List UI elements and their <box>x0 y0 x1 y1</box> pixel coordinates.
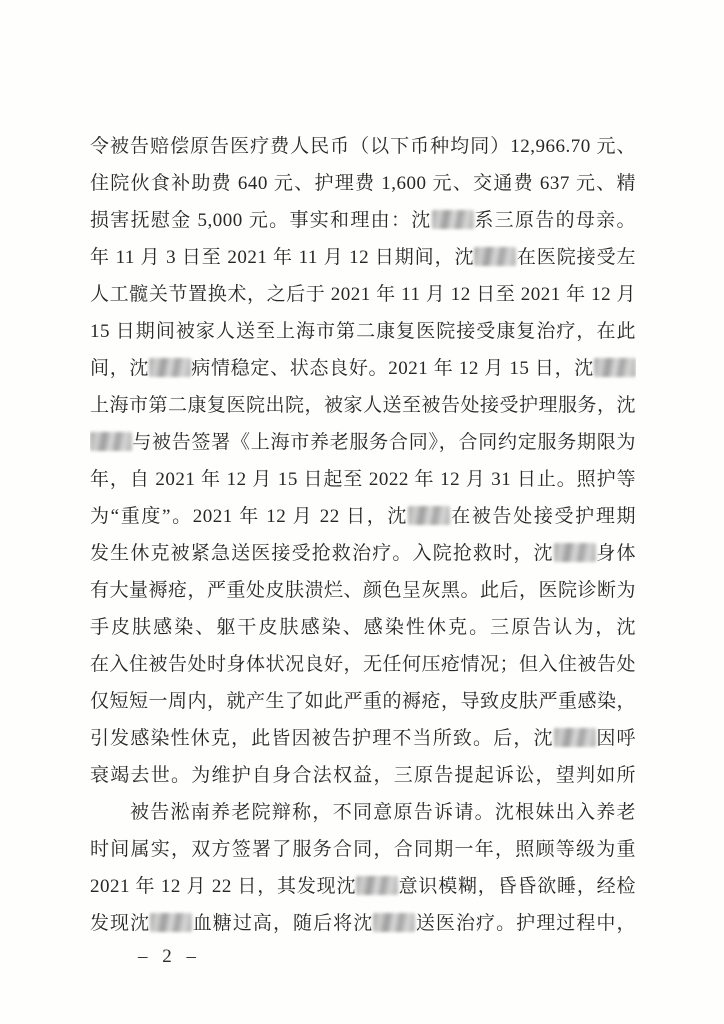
text-segment: 上海市第二康复医院出院，被家人送至被告处接受护理服务，沈 <box>90 395 636 416</box>
text-segment: 与被告签署《上海市养老服务合同》，合同约定服务期限为 1 <box>90 432 636 461</box>
text-line: 2021 年 12 月 22 日，其发现沈意识模糊，昏昏欲睡，经检测 <box>90 868 636 905</box>
text-segment: 仅短短一周内，就产生了如此严重的褥疮，导致皮肤严重感染， <box>90 691 636 712</box>
text-line: 与被告签署《上海市养老服务合同》，合同约定服务期限为 1 <box>90 424 636 461</box>
text-segment: 2021 年 12 月 22 日，其发现沈 <box>90 876 356 897</box>
text-segment: 人工髋关节置换术，之后于 2021 年 11 月 12 日至 2021 年 12… <box>90 284 636 305</box>
text-line: 损害抚慰金 5,000 元。事实和理由：沈系三原告的母亲。2021 <box>90 202 636 239</box>
text-line: 手皮肤感染、躯干皮肤感染、感染性休克。三原告认为，沈 <box>90 609 636 646</box>
text-line: 15 日期间被家人送至上海市第二康复医院接受康复治疗，在此期 <box>90 313 636 350</box>
page-number: – 2 – <box>138 946 201 967</box>
page-footer: – 2 – <box>138 946 201 968</box>
text-segment: 在入住被告处时身体状况良好，无任何压疮情况；但入住被告处 <box>90 654 636 675</box>
text-line: 人工髋关节置换术，之后于 2021 年 11 月 12 日至 2021 年 12… <box>90 276 636 313</box>
text-line: 住院伙食补助费 640 元、护理费 1,600 元、交通费 637 元、精神 <box>90 165 636 202</box>
text-segment: 有大量褥疮，严重处皮肤溃烂、颜色呈灰黑。此后，医院诊断为 <box>90 580 636 601</box>
text-line: 令被告赔偿原告医疗费人民币（以下币种均同）12,966.70 元、 <box>90 128 636 165</box>
text-segment: 被告淞南养老院辩称，不同意原告诉请。沈根妹出入养老院 <box>130 802 636 831</box>
text-line: 上海市第二康复医院出院，被家人送至被告处接受护理服务，沈 <box>90 387 636 424</box>
redacted-name <box>356 876 398 895</box>
text-line: 引发感染性休克，此皆因被告护理不当所致。后，沈因呼吸 <box>90 720 636 757</box>
text-line: 衰竭去世。为维护自身合法权益，三原告提起诉讼，望判如所请。 <box>90 757 636 794</box>
text-segment: 令被告赔偿原告医疗费人民币（以下币种均同）12,966.70 元、 <box>90 136 636 157</box>
text-segment: 病情稳定、状态良好。2021 年 12 月 15 日，沈 <box>191 358 594 379</box>
text-segment: 间，沈 <box>90 358 149 379</box>
redacted-name <box>554 543 596 562</box>
redacted-name <box>149 358 191 377</box>
redacted-name <box>474 247 516 266</box>
text-segment: 15 日期间被家人送至上海市第二康复医院接受康复治疗，在此期 <box>90 321 636 350</box>
text-segment: 衰竭去世。为维护自身合法权益，三原告提起诉讼，望判如所请。 <box>90 765 636 794</box>
text-segment: 发生休克被紧急送医接受抢救治疗。入院抢救时，沈 <box>90 543 554 564</box>
text-segment: 为“重度”。2021 年 12 月 22 日，沈 <box>90 506 408 527</box>
text-segment: 年，自 2021 年 12 月 15 日起至 2022 年 12 月 31 日止… <box>90 469 636 498</box>
redacted-name <box>554 728 596 747</box>
redacted-name <box>90 432 132 451</box>
text-line: 间，沈病情稳定、状态良好。2021 年 12 月 15 日，沈从 <box>90 350 636 387</box>
text-segment: 时间属实，双方签署了服务合同，合同期一年，照顾等级为重度。 <box>90 839 636 868</box>
redacted-name <box>594 358 636 377</box>
text-segment: 手皮肤感染、躯干皮肤感染、感染性休克。三原告认为，沈 <box>90 617 636 638</box>
text-line: 被告淞南养老院辩称，不同意原告诉请。沈根妹出入养老院 <box>90 794 636 831</box>
document-page: 令被告赔偿原告医疗费人民币（以下币种均同）12,966.70 元、住院伙食补助费… <box>0 0 724 1024</box>
text-line: 年 11 月 3 日至 2021 年 11 月 12 日期间，沈在医院接受左侧 <box>90 239 636 276</box>
redacted-name <box>373 913 415 932</box>
text-segment: 损害抚慰金 5,000 元。事实和理由：沈 <box>90 210 432 231</box>
text-segment: 发现沈 <box>90 913 150 934</box>
text-line: 仅短短一周内，就产生了如此严重的褥疮，导致皮肤严重感染， <box>90 683 636 720</box>
text-segment: 住院伙食补助费 640 元、护理费 1,600 元、交通费 637 元、精神 <box>90 173 636 202</box>
text-line: 在入住被告处时身体状况良好，无任何压疮情况；但入住被告处 <box>90 646 636 683</box>
redacted-name <box>408 506 450 525</box>
text-segment: 引发感染性休克，此皆因被告护理不当所致。后，沈 <box>90 728 554 749</box>
redacted-name <box>150 913 192 932</box>
text-line: 发现沈血糖过高，随后将沈送医治疗。护理过程中，被 <box>90 905 636 942</box>
text-line: 为“重度”。2021 年 12 月 22 日，沈在被告处接受护理期间， <box>90 498 636 535</box>
text-line: 年，自 2021 年 12 月 15 日起至 2022 年 12 月 31 日止… <box>90 461 636 498</box>
redacted-name <box>432 210 474 229</box>
text-line: 有大量褥疮，严重处皮肤溃烂、颜色呈灰黑。此后，医院诊断为 <box>90 572 636 609</box>
text-line: 时间属实，双方签署了服务合同，合同期一年，照顾等级为重度。 <box>90 831 636 868</box>
text-line: 发生休克被紧急送医接受抢救治疗。入院抢救时，沈身体已 <box>90 535 636 572</box>
text-segment: 年 11 月 3 日至 2021 年 11 月 12 日期间，沈 <box>90 247 474 268</box>
text-block: 令被告赔偿原告医疗费人民币（以下币种均同）12,966.70 元、住院伙食补助费… <box>90 128 636 942</box>
text-segment: 血糖过高，随后将沈 <box>192 913 373 934</box>
